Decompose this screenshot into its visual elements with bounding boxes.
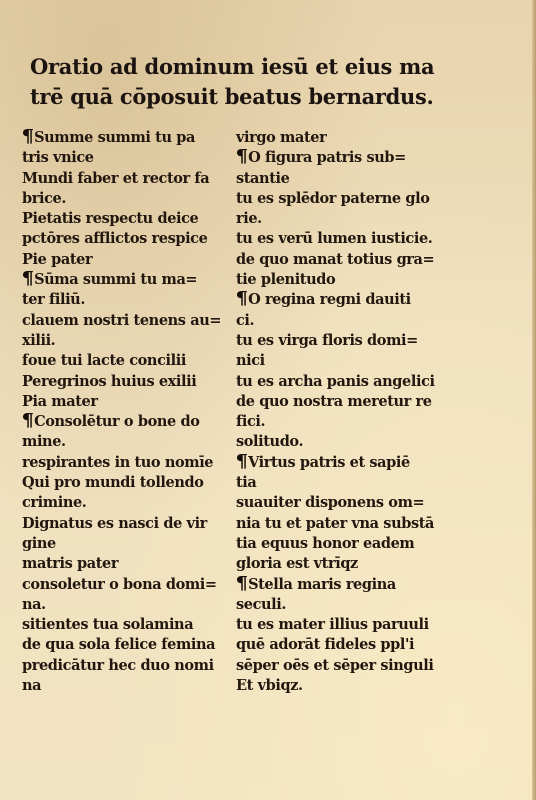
- line-text: gloria est vtrīqz: [236, 555, 358, 572]
- text-line: xilii.: [22, 331, 222, 351]
- pilcrow-icon: ¶: [235, 150, 247, 164]
- line-text: na: [22, 677, 41, 694]
- text-line: Pie pater: [22, 250, 222, 270]
- line-text: crimine.: [22, 494, 86, 511]
- line-text: tu es splēdor paterne glo: [236, 190, 430, 207]
- text-line: ci.: [236, 311, 436, 331]
- line-text: de quo nostra meretur re: [236, 393, 432, 410]
- text-line: virgo mater: [236, 128, 436, 148]
- text-line: sitientes tua solamina: [22, 615, 222, 635]
- line-text: sēper oēs et sēper singuli: [236, 657, 433, 674]
- text-line: pctōres afflictos respice: [22, 229, 222, 249]
- line-text: foue tui lacte concilii: [22, 352, 186, 369]
- line-text: solitudo.: [236, 433, 303, 450]
- line-text: Stella maris regina: [248, 576, 396, 593]
- line-text: O regina regni dauiti: [248, 291, 411, 308]
- text-line: tu es mater illius paruuli: [236, 615, 436, 635]
- text-line: fici.: [236, 412, 436, 432]
- line-text: nia tu et pater vna substā: [236, 515, 434, 532]
- heading-line: Oratio ad dominum iesū et eius ma: [30, 52, 450, 82]
- text-line: de qua sola felice femina: [22, 635, 222, 655]
- pilcrow-icon: ¶: [21, 414, 33, 428]
- text-line: sēper oēs et sēper singuli: [236, 656, 436, 676]
- line-text: na.: [22, 596, 46, 613]
- text-line: Dignatus es nasci de vir: [22, 514, 222, 534]
- line-text: Et vbiqz.: [236, 677, 303, 694]
- line-text: fici.: [236, 413, 265, 430]
- line-text: O figura patris sub=: [248, 149, 406, 166]
- line-text: tia: [236, 474, 256, 491]
- line-text: Dignatus es nasci de vir: [22, 515, 207, 532]
- text-line: Pia mater: [22, 392, 222, 412]
- text-column-left: ¶Summe summi tu patris vniceMundi faber …: [22, 128, 222, 696]
- text-line: brice.: [22, 189, 222, 209]
- line-text: quē adorāt fideles ppl'i: [236, 636, 414, 653]
- heading-line: trē quā cōposuit beatus bernardus.: [30, 82, 450, 112]
- line-text: tris vnice: [22, 149, 94, 166]
- line-text: brice.: [22, 190, 66, 207]
- text-line: ¶Sūma summi tu ma=: [22, 270, 222, 290]
- line-text: Sūma summi tu ma=: [34, 271, 197, 288]
- text-line: tu es archa panis angelici: [236, 372, 436, 392]
- text-line: tris vnice: [22, 148, 222, 168]
- text-line: nia tu et pater vna substā: [236, 514, 436, 534]
- line-text: tu es virga floris domi=: [236, 332, 418, 349]
- text-line: solitudo.: [236, 432, 436, 452]
- text-line: predicātur hec duo nomi: [22, 656, 222, 676]
- text-line: ¶Summe summi tu pa: [22, 128, 222, 148]
- line-text: mine.: [22, 433, 66, 450]
- text-line: Qui pro mundi tollendo: [22, 473, 222, 493]
- line-text: Qui pro mundi tollendo: [22, 474, 204, 491]
- text-line: quē adorāt fideles ppl'i: [236, 635, 436, 655]
- text-line: tu es verū lumen iusticie.: [236, 229, 436, 249]
- line-text: tu es archa panis angelici: [236, 373, 435, 390]
- line-text: Peregrinos huius exilii: [22, 373, 196, 390]
- line-text: nici: [236, 352, 265, 369]
- text-line: rie.: [236, 209, 436, 229]
- line-text: virgo mater: [236, 129, 326, 146]
- text-line: seculi.: [236, 595, 436, 615]
- line-text: respirantes in tuo nomīe: [22, 454, 213, 471]
- text-line: Peregrinos huius exilii: [22, 372, 222, 392]
- line-text: tia equus honor eadem: [236, 535, 414, 552]
- line-text: ci.: [236, 312, 254, 329]
- text-line: na: [22, 676, 222, 696]
- text-line: clauem nostri tenens au=: [22, 311, 222, 331]
- text-line: crimine.: [22, 493, 222, 513]
- line-text: stantie: [236, 170, 289, 187]
- pilcrow-icon: ¶: [21, 272, 33, 286]
- text-line: tie plenitudo: [236, 270, 436, 290]
- line-text: tu es verū lumen iusticie.: [236, 230, 432, 247]
- line-text: suauiter disponens om=: [236, 494, 424, 511]
- line-text: tu es mater illius paruuli: [236, 616, 429, 633]
- line-text: xilii.: [22, 332, 55, 349]
- text-line: ¶Stella maris regina: [236, 575, 436, 595]
- text-line: tia: [236, 473, 436, 493]
- page-heading: Oratio ad dominum iesū et eius ma trē qu…: [30, 52, 450, 112]
- printed-page: Oratio ad dominum iesū et eius ma trē qu…: [0, 0, 536, 800]
- text-line: stantie: [236, 169, 436, 189]
- page-edge: [532, 0, 536, 800]
- line-text: rie.: [236, 210, 262, 227]
- text-line: ¶O regina regni dauiti: [236, 290, 436, 310]
- text-line: de quo nostra meretur re: [236, 392, 436, 412]
- line-text: sitientes tua solamina: [22, 616, 193, 633]
- text-line: tu es splēdor paterne glo: [236, 189, 436, 209]
- text-line: Pietatis respectu deice: [22, 209, 222, 229]
- text-line: Mundi faber et rector fa: [22, 169, 222, 189]
- text-line: na.: [22, 595, 222, 615]
- pilcrow-icon: ¶: [21, 130, 33, 144]
- text-line: ¶Consolētur o bone do: [22, 412, 222, 432]
- line-text: Pie pater: [22, 251, 92, 268]
- text-line: consoletur o bona domi=: [22, 575, 222, 595]
- line-text: consoletur o bona domi=: [22, 576, 217, 593]
- line-text: pctōres afflictos respice: [22, 230, 207, 247]
- line-text: Mundi faber et rector fa: [22, 170, 209, 187]
- line-text: seculi.: [236, 596, 286, 613]
- line-text: de quo manat totius gra=: [236, 251, 434, 268]
- line-text: predicātur hec duo nomi: [22, 657, 214, 674]
- line-text: tie plenitudo: [236, 271, 335, 288]
- line-text: Virtus patris et sapiē: [248, 454, 410, 471]
- text-line: gloria est vtrīqz: [236, 554, 436, 574]
- text-line: respirantes in tuo nomīe: [22, 453, 222, 473]
- text-line: matris pater: [22, 554, 222, 574]
- text-line: Et vbiqz.: [236, 676, 436, 696]
- text-line: nici: [236, 351, 436, 371]
- text-line: tia equus honor eadem: [236, 534, 436, 554]
- line-text: matris pater: [22, 555, 118, 572]
- line-text: gine: [22, 535, 56, 552]
- line-text: Consolētur o bone do: [34, 413, 199, 430]
- text-line: tu es virga floris domi=: [236, 331, 436, 351]
- text-line: mine.: [22, 432, 222, 452]
- text-line: suauiter disponens om=: [236, 493, 436, 513]
- text-line: ter filiū.: [22, 290, 222, 310]
- text-line: gine: [22, 534, 222, 554]
- text-line: ¶Virtus patris et sapiē: [236, 453, 436, 473]
- line-text: clauem nostri tenens au=: [22, 312, 221, 329]
- line-text: Pia mater: [22, 393, 98, 410]
- text-line: foue tui lacte concilii: [22, 351, 222, 371]
- line-text: ter filiū.: [22, 291, 85, 308]
- pilcrow-icon: ¶: [235, 455, 247, 469]
- text-line: de quo manat totius gra=: [236, 250, 436, 270]
- text-line: ¶O figura patris sub=: [236, 148, 436, 168]
- pilcrow-icon: ¶: [235, 292, 247, 306]
- line-text: de qua sola felice femina: [22, 636, 215, 653]
- pilcrow-icon: ¶: [235, 577, 247, 591]
- line-text: Summe summi tu pa: [34, 129, 195, 146]
- text-column-right: virgo mater¶O figura patris sub=stantiet…: [236, 128, 436, 696]
- line-text: Pietatis respectu deice: [22, 210, 198, 227]
